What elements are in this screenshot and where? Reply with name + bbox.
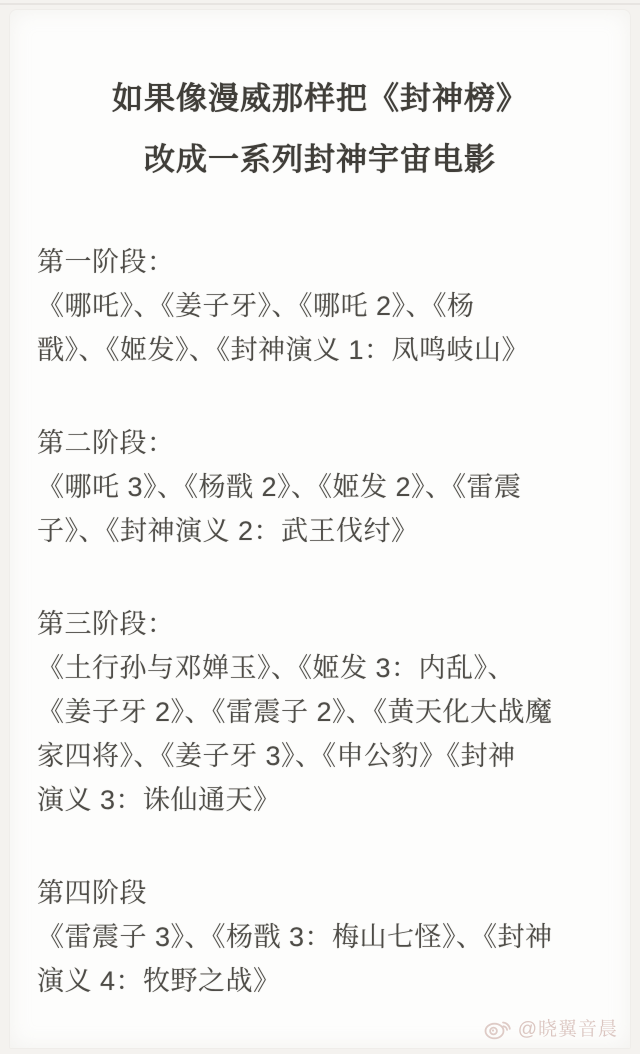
post-title: 如果像漫威那样把《封神榜》 改成一系列封神宇宙电影 <box>10 68 630 190</box>
screenshot-page: 如果像漫威那样把《封神榜》 改成一系列封神宇宙电影 第一阶段： 《哪吒》、《姜子… <box>0 0 640 1054</box>
text-line: 戬》、《姬发》、《封神演义 1：凤鸣岐山》 <box>37 328 620 372</box>
text-line: 《哪吒 3》、《杨戬 2》、《姬发 2》、《雷震 <box>37 465 620 509</box>
text-line: 演义 3：诛仙通天》 <box>37 778 620 822</box>
watermark-handle: @晓翼音晨 <box>518 1014 618 1041</box>
text-line: 《雷震子 3》、《杨戬 3：梅山七怪》、《封神 <box>37 915 620 959</box>
text-line: 演义 4：牧野之战》 <box>37 959 620 1003</box>
text-line: 《土行孙与邓婵玉》、《姬发 3：内乱》、 <box>37 646 620 690</box>
phase-2-section: 第二阶段： 《哪吒 3》、《杨戬 2》、《姬发 2》、《雷震 子》、《封神演义 … <box>37 421 620 553</box>
weibo-watermark: @晓翼音晨 <box>483 1014 618 1041</box>
phase-1-header: 第一阶段： <box>37 240 620 284</box>
phase-3-section: 第三阶段： 《土行孙与邓婵玉》、《姬发 3：内乱》、 《姜子牙 2》、《雷震子 … <box>37 602 620 822</box>
text-line: 《哪吒》、《姜子牙》、《哪吒 2》、《杨 <box>37 284 620 328</box>
text-line: 家四将》、《姜子牙 3》、《申公豹》《封神 <box>37 734 620 778</box>
photo-frame-top-line <box>0 3 640 5</box>
phase-3-header: 第三阶段： <box>37 602 620 646</box>
phase-1-section: 第一阶段： 《哪吒》、《姜子牙》、《哪吒 2》、《杨 戬》、《姬发》、《封神演义… <box>37 240 620 372</box>
phase-2-header: 第二阶段： <box>37 421 620 465</box>
text-card: 如果像漫威那样把《封神榜》 改成一系列封神宇宙电影 第一阶段： 《哪吒》、《姜子… <box>9 9 631 1049</box>
title-line: 改成一系列封神宇宙电影 <box>10 129 630 190</box>
title-line: 如果像漫威那样把《封神榜》 <box>10 68 630 129</box>
phase-4-header: 第四阶段 <box>37 871 620 915</box>
weibo-logo-icon <box>483 1015 513 1041</box>
text-line: 《姜子牙 2》、《雷震子 2》、《黄天化大战魔 <box>37 690 620 734</box>
phase-4-section: 第四阶段 《雷震子 3》、《杨戬 3：梅山七怪》、《封神 演义 4：牧野之战》 <box>37 871 620 1003</box>
text-line: 子》、《封神演义 2：武王伐纣》 <box>37 509 620 553</box>
post-body: 第一阶段： 《哪吒》、《姜子牙》、《哪吒 2》、《杨 戬》、《姬发》、《封神演义… <box>10 240 630 1003</box>
